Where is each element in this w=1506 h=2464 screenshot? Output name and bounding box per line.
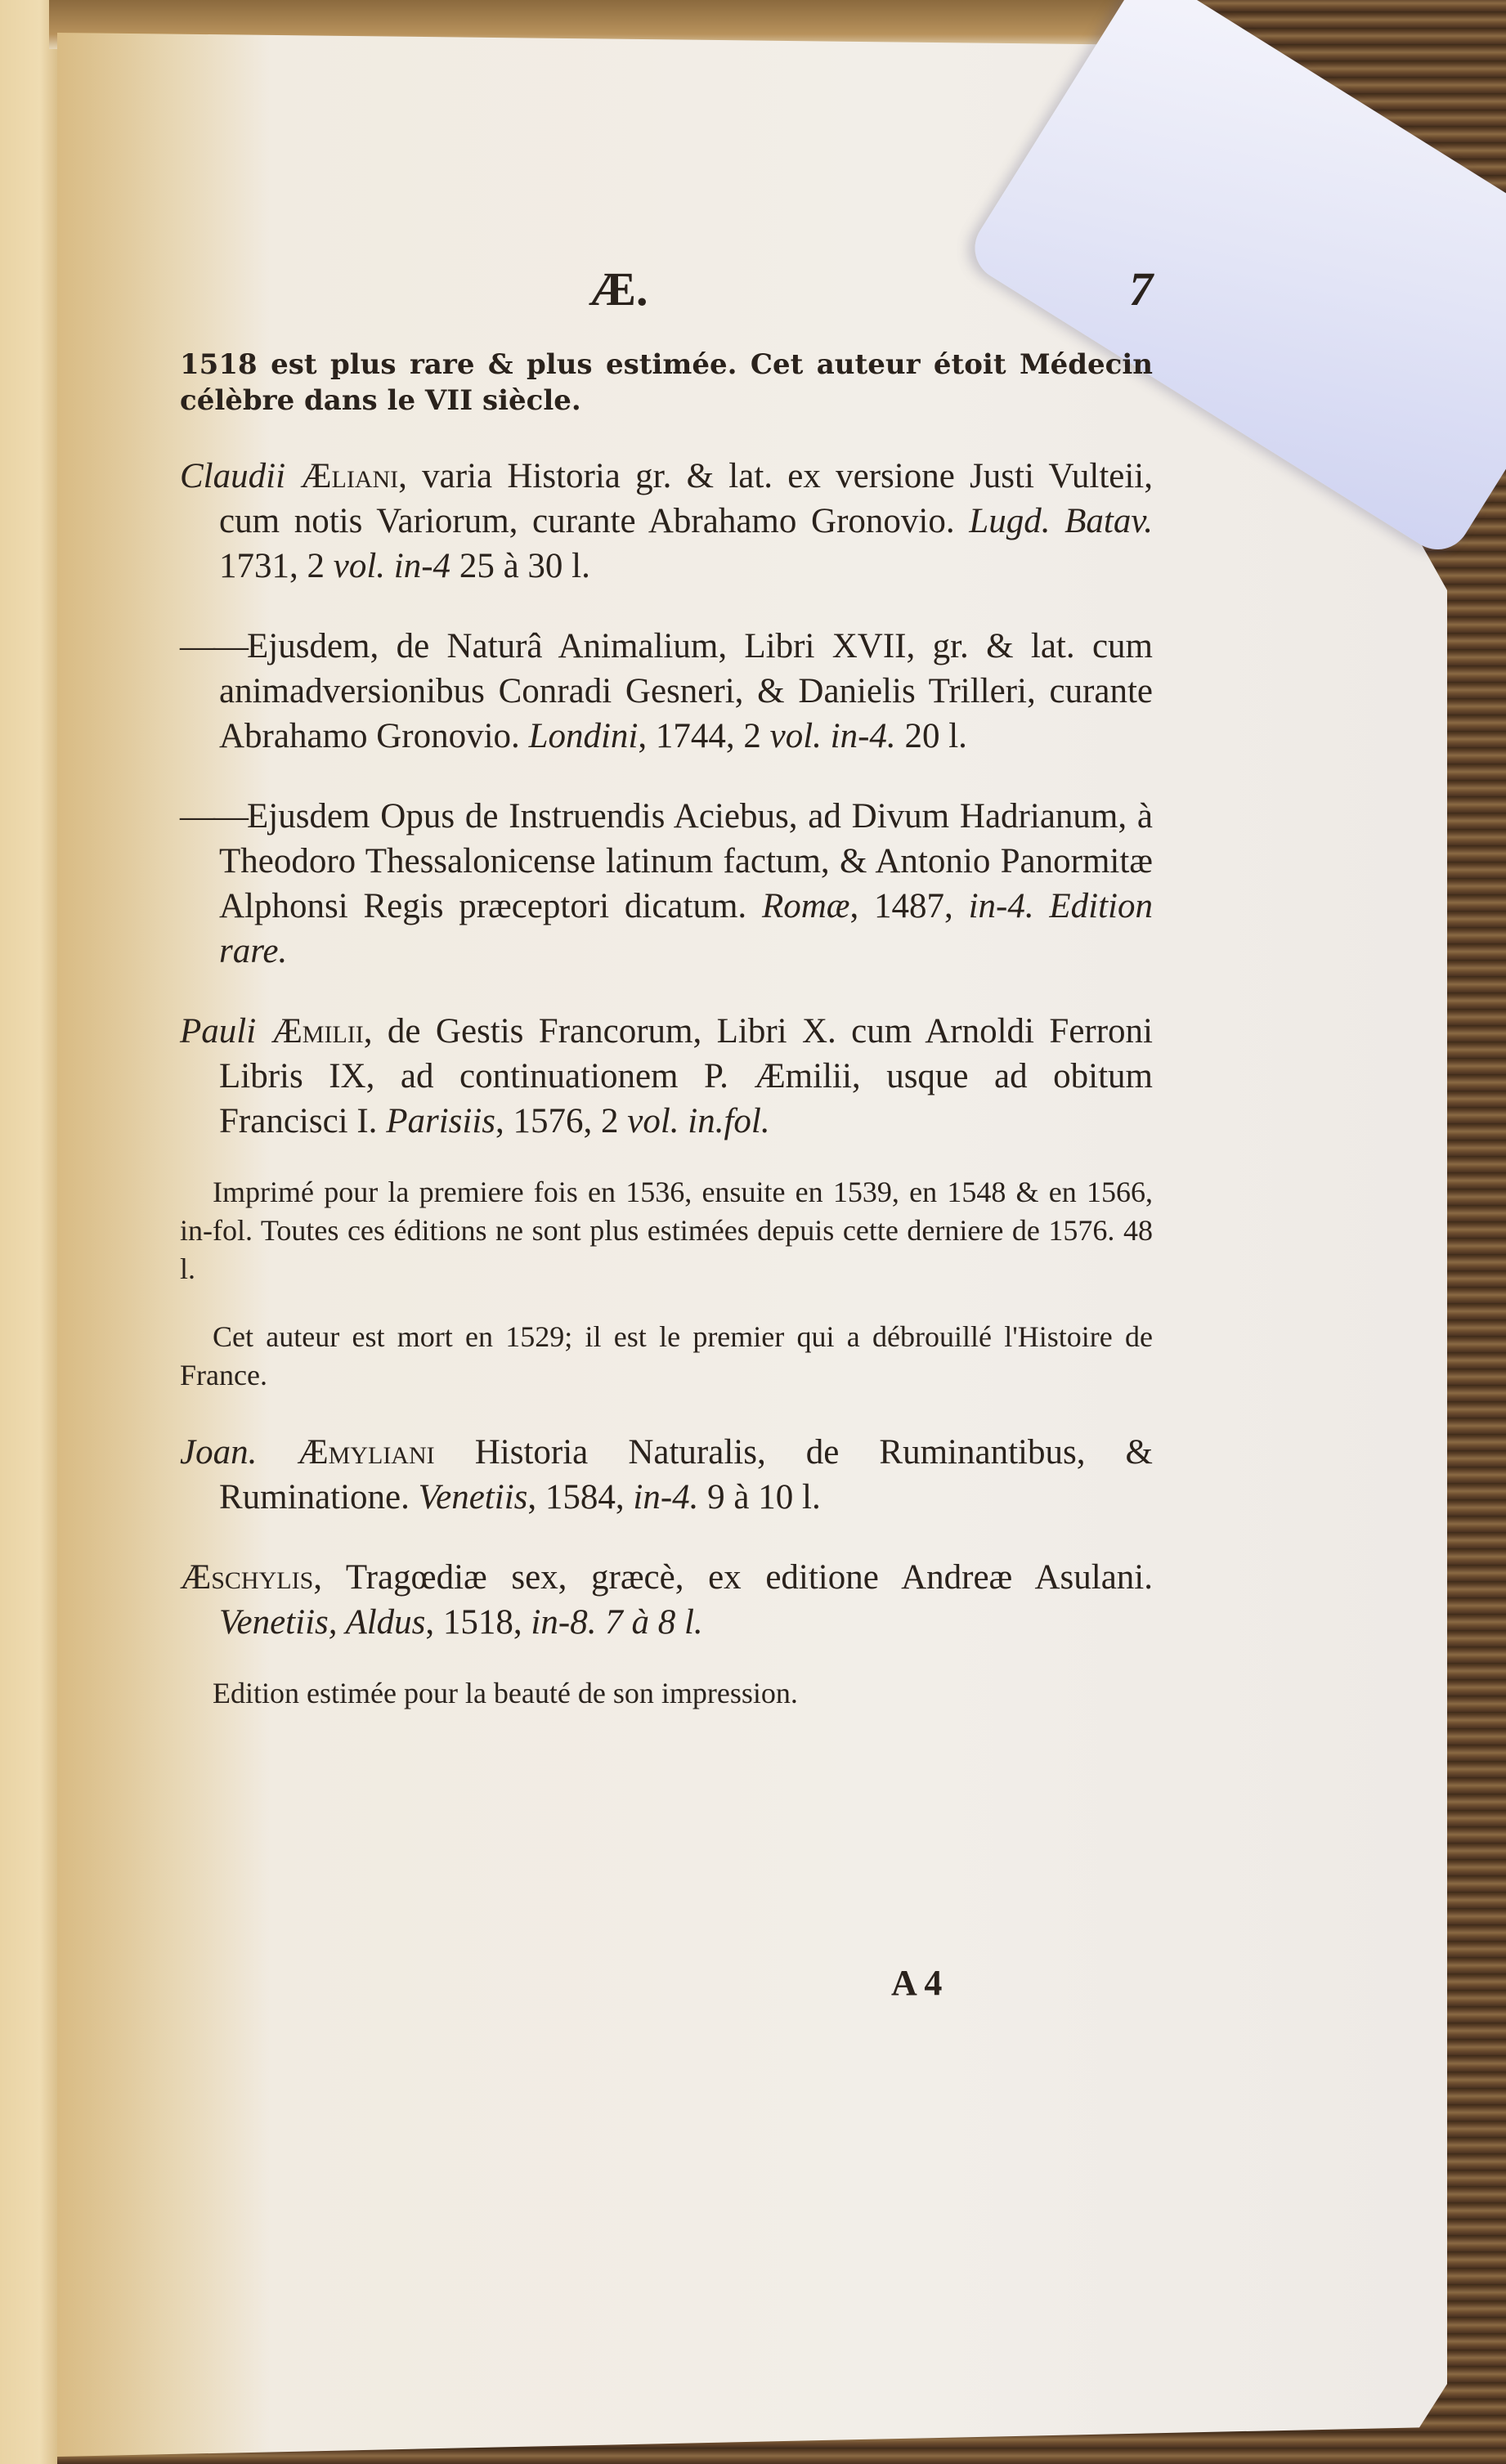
- ditto-dash: ——: [180, 627, 247, 665]
- ditto-dash: ——: [180, 797, 247, 836]
- entry-details: , 1576, 2: [495, 1102, 627, 1140]
- note-paragraph: Imprimé pour la premiere fois en 1536, e…: [180, 1173, 1153, 1288]
- entry-format: in-4.: [633, 1478, 698, 1516]
- entry-title: , Tragœdiæ sex, græcè, ex editione Andre…: [313, 1558, 1153, 1597]
- entry-details: , 1518,: [425, 1603, 531, 1642]
- entry-format: vol. in.fol.: [627, 1102, 769, 1140]
- page-text: Æ. 7 1518 est plus rare & plus estimée. …: [180, 262, 1153, 1727]
- author-forename: Joan.: [180, 1433, 297, 1472]
- entry-format: in-4.: [969, 887, 1034, 925]
- entry-list-2: Joan. Æmyliani Historia Naturalis, de Ru…: [180, 1430, 1153, 1645]
- page-number: 7: [1129, 262, 1153, 316]
- entry-price: 7 à 8 l.: [596, 1603, 702, 1642]
- entry-details: 1731, 2: [219, 547, 334, 585]
- entry-details: , 1744, 2: [638, 717, 769, 755]
- bibliography-entry: Claudii Æliani, varia Historia gr. & lat…: [180, 454, 1153, 589]
- author-surname: Æliani: [300, 457, 398, 495]
- entry-details: , 1487,: [849, 887, 968, 925]
- entry-imprint: Venetiis, Aldus: [219, 1603, 425, 1642]
- bibliography-entry: ——Ejusdem Opus de Instruendis Aciebus, a…: [180, 794, 1153, 974]
- notes-block-2: Edition estimée pour la beauté de son im…: [180, 1674, 1153, 1713]
- bibliography-entry: Æschylis, Tragœdiæ sex, græcè, ex editio…: [180, 1555, 1153, 1645]
- running-head: Æ. 7: [180, 262, 1153, 319]
- running-head-letter: Æ.: [589, 262, 648, 316]
- bibliography-entry: Joan. Æmyliani Historia Naturalis, de Ru…: [180, 1430, 1153, 1520]
- author-forename: Pauli: [180, 1012, 271, 1051]
- entry-price: 9 à 10 l.: [698, 1478, 820, 1516]
- entry-list: Claudii Æliani, varia Historia gr. & lat…: [180, 454, 1153, 1144]
- entry-imprint: Lugd. Batav.: [969, 502, 1153, 540]
- author-surname: Æschylis: [180, 1558, 313, 1597]
- printer-signature-mark: A 4: [891, 1962, 942, 2004]
- author-surname: Æmyliani: [297, 1433, 434, 1472]
- author-surname: Æmilii: [271, 1012, 364, 1051]
- entry-price: 20 l.: [896, 717, 967, 755]
- bibliography-entry: ——Ejusdem, de Naturâ Animalium, Libri XV…: [180, 624, 1153, 759]
- note-paragraph: Edition estimée pour la beauté de son im…: [180, 1674, 1153, 1713]
- facing-page-edge: [0, 0, 57, 2464]
- entry-format: in-8.: [531, 1603, 596, 1642]
- entry-format: vol. in-4.: [770, 717, 896, 755]
- entry-imprint: Romæ: [762, 887, 850, 925]
- notes-block: Imprimé pour la premiere fois en 1536, e…: [180, 1173, 1153, 1395]
- entry-details: , 1584,: [527, 1478, 633, 1516]
- entry-imprint: Parisiis: [386, 1102, 495, 1140]
- entry-imprint: Londini: [529, 717, 639, 755]
- author-forename: Claudii: [180, 457, 300, 495]
- carryover-paragraph: 1518 est plus rare & plus estimée. Cet a…: [180, 347, 1153, 419]
- entry-imprint: Venetiis: [419, 1478, 528, 1516]
- bibliography-entry: Pauli Æmilii, de Gestis Francorum, Libri…: [180, 1009, 1153, 1144]
- entry-format: vol. in-4: [334, 547, 450, 585]
- entry-price: 25 à 30 l.: [450, 547, 590, 585]
- note-paragraph: Cet auteur est mort en 1529; il est le p…: [180, 1318, 1153, 1395]
